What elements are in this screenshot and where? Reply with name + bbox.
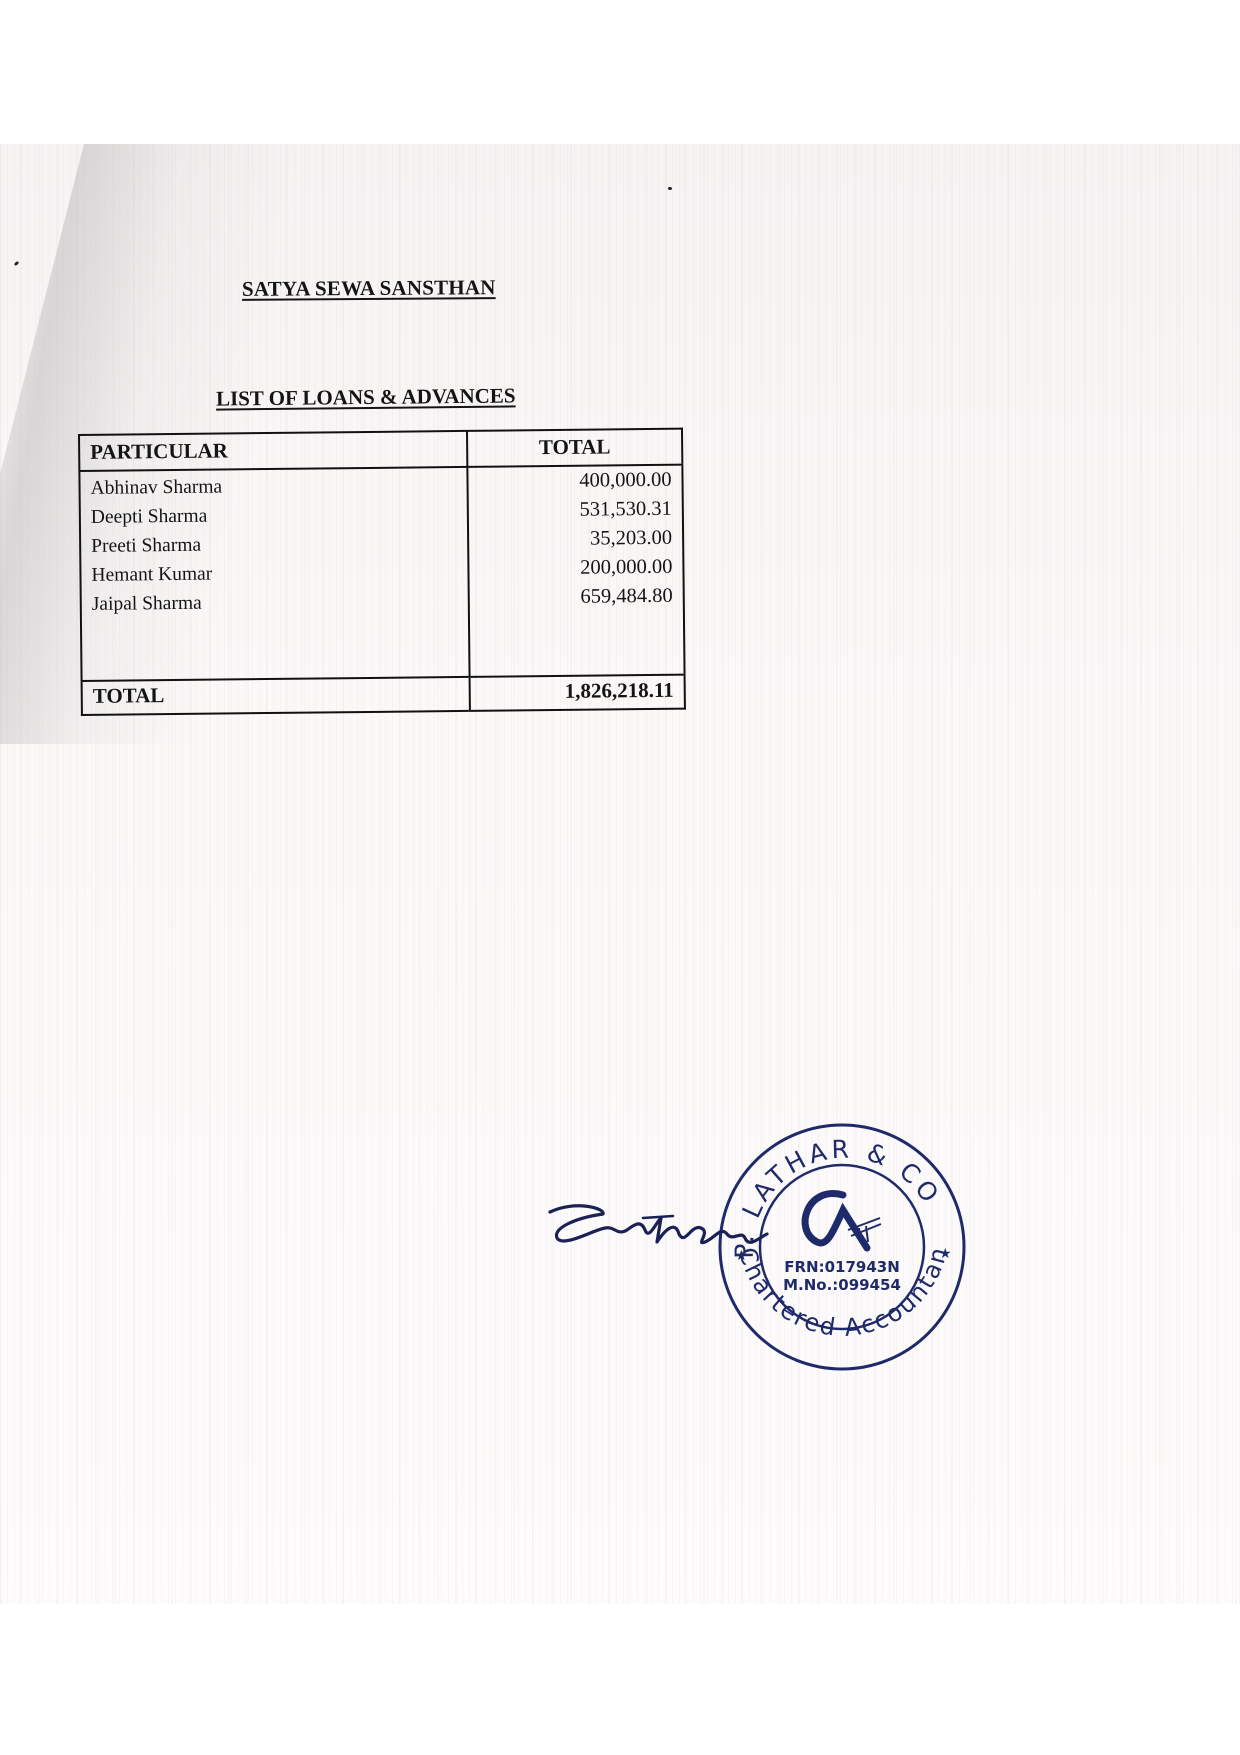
header-particular: PARTICULAR bbox=[79, 431, 467, 471]
table-row-name: Deepti Sharma bbox=[91, 499, 457, 532]
table-row-name: Preeti Sharma bbox=[91, 528, 457, 561]
amounts-column: 400,000.00 531,530.31 35,203.00 200,000.… bbox=[467, 465, 684, 677]
table-total-row: TOTAL 1,826,218.11 bbox=[82, 675, 685, 715]
names-column: Abhinav Sharma Deepti Sharma Preeti Shar… bbox=[79, 467, 469, 681]
table-row-name: Hemant Kumar bbox=[91, 557, 457, 590]
total-label: TOTAL bbox=[82, 677, 470, 715]
total-amount: 1,826,218.11 bbox=[470, 675, 685, 711]
scan-speck bbox=[668, 187, 672, 190]
signature-icon bbox=[545, 1190, 780, 1270]
stamp-frn: FRN:017943N bbox=[784, 1258, 900, 1276]
ca-logo-icon bbox=[805, 1194, 881, 1248]
stamp-membership-no: M.No.:099454 bbox=[783, 1276, 901, 1294]
table-row-amount: 531,530.31 bbox=[479, 495, 672, 526]
table-body: Abhinav Sharma Deepti Sharma Preeti Shar… bbox=[79, 465, 684, 681]
table-row-amount: 400,000.00 bbox=[478, 466, 671, 497]
table-row-name: Jaipal Sharma bbox=[92, 586, 458, 619]
table-row-amount: 659,484.80 bbox=[480, 582, 673, 613]
table-row-name: Abhinav Sharma bbox=[90, 470, 456, 503]
loans-table: PARTICULAR TOTAL Abhinav Sharma Deepti S… bbox=[78, 428, 686, 714]
document-title: LIST OF LOANS & ADVANCES bbox=[216, 383, 516, 411]
star-icon: ★ bbox=[939, 1247, 952, 1262]
header-total: TOTAL bbox=[467, 429, 682, 467]
table-row-amount: 35,203.00 bbox=[479, 524, 672, 555]
organization-title: SATYA SEWA SANSTHAN bbox=[242, 275, 496, 302]
table-row-amount: 200,000.00 bbox=[479, 553, 672, 584]
